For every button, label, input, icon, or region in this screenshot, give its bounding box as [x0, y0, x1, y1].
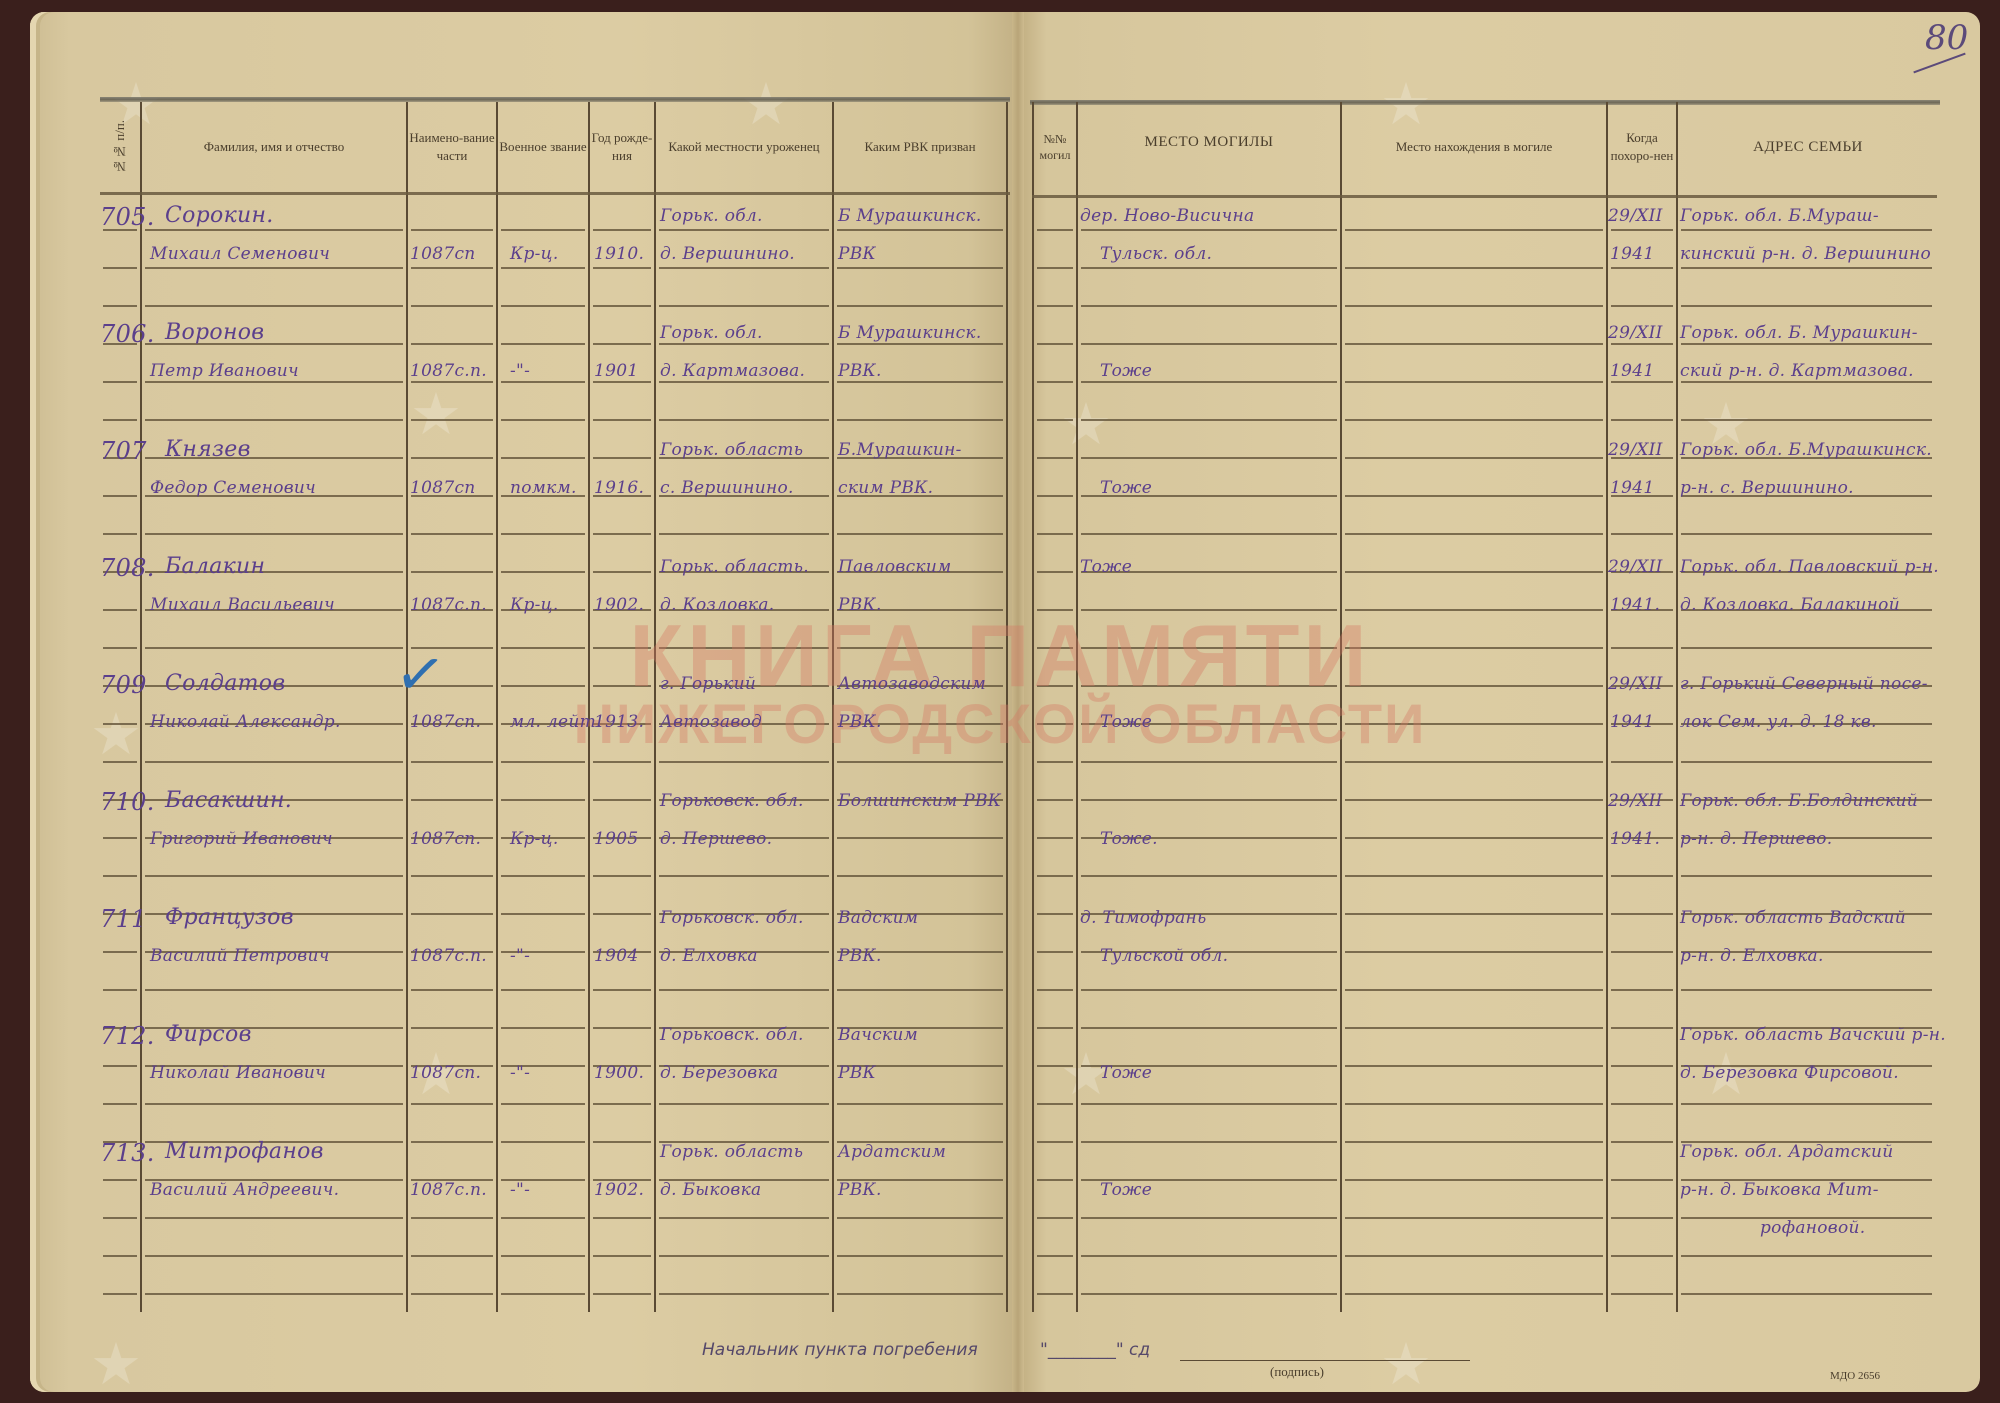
- ruled-line: [659, 1217, 829, 1219]
- record-locality-2: д. Елховка: [660, 946, 758, 966]
- ruled-line: [145, 761, 403, 763]
- record-surname: Басакшин.: [165, 788, 292, 813]
- ruled-line: [411, 533, 493, 535]
- ruled-line: [1611, 647, 1673, 649]
- ruled-line: [145, 533, 403, 535]
- ruled-line: [837, 989, 1003, 991]
- ruled-line: [1345, 1065, 1603, 1067]
- ruled-line: [1681, 229, 1932, 231]
- ruled-line: [837, 1217, 1003, 1219]
- ruled-line: [1081, 875, 1337, 877]
- ruled-line: [1611, 951, 1673, 953]
- ruled-line: [1345, 229, 1603, 231]
- record-grave-place-2: Тоже: [1100, 1063, 1152, 1083]
- record-rvk-2: РВК.: [838, 595, 882, 615]
- footer-signature-label: (подпись): [1270, 1364, 1324, 1380]
- record-rvk-2: РВК.: [838, 946, 882, 966]
- ruled-line: [593, 1103, 651, 1105]
- ruled-line: [1037, 381, 1073, 383]
- ruled-line: [1345, 1179, 1603, 1181]
- ruled-line: [411, 1141, 493, 1143]
- record-birth-year: 1905: [594, 829, 638, 849]
- ruled-line: [411, 457, 493, 459]
- header-position: Место нахождения в могиле: [1342, 104, 1606, 190]
- star-icon: ★: [90, 1330, 142, 1398]
- ruled-line: [103, 723, 137, 725]
- record-locality-1: Горьк. обл.: [660, 206, 763, 226]
- record-grave-place-2: Тоже: [1100, 361, 1152, 381]
- ruled-line: [593, 875, 651, 877]
- record-surname: Воронов: [165, 320, 264, 345]
- record-birth-year: 1902.: [594, 1180, 644, 1200]
- record-birth-year: 1910.: [594, 244, 644, 264]
- ruled-line: [411, 305, 493, 307]
- ruled-line: [1037, 989, 1073, 991]
- record-locality-2: Автозавод: [660, 712, 762, 732]
- ruled-line: [1037, 1065, 1073, 1067]
- ruled-line: [659, 761, 829, 763]
- ruled-line: [1345, 571, 1603, 573]
- ruled-line: [103, 381, 137, 383]
- record-grave-place-2: Тоже: [1100, 478, 1152, 498]
- record-rvk-1: Автозаводским: [838, 674, 986, 694]
- record-family-2: р-н. д. Быковка Мит-: [1680, 1180, 1879, 1200]
- ruled-line: [659, 533, 829, 535]
- ruled-line: [837, 533, 1003, 535]
- ruled-line: [837, 875, 1003, 877]
- record-num: 709: [100, 671, 147, 699]
- ruled-line: [103, 305, 137, 307]
- star-icon: ★: [1060, 390, 1112, 458]
- ruled-line: [103, 1217, 137, 1219]
- ruled-line: [1611, 1217, 1673, 1219]
- ruled-line: [103, 875, 137, 877]
- record-num: 705.: [100, 203, 155, 231]
- record-rank: Кр-ц.: [510, 244, 559, 264]
- ruled-line: [1611, 1293, 1673, 1295]
- ruled-line: [1681, 267, 1932, 269]
- ruled-line: [837, 761, 1003, 763]
- ruled-line: [411, 1293, 493, 1295]
- ruled-line: [1345, 799, 1603, 801]
- record-unit: 1087сп: [410, 244, 476, 264]
- ruled-line: [501, 1217, 585, 1219]
- record-num: 711: [100, 905, 147, 933]
- ruled-line: [593, 1255, 651, 1257]
- ruled-line: [1345, 1027, 1603, 1029]
- ruled-line: [1345, 609, 1603, 611]
- ruled-line: [103, 1103, 137, 1105]
- star-icon: ★: [1380, 1330, 1432, 1398]
- ruled-line: [1037, 533, 1073, 535]
- record-buried-year: 1941: [1610, 478, 1654, 498]
- ruled-line: [501, 571, 585, 573]
- record-family-1: Горьк. обл. Ардатский: [1680, 1142, 1894, 1162]
- col-divider: [140, 102, 142, 1312]
- ruled-line: [659, 267, 829, 269]
- record-locality-1: Горьк. область.: [660, 557, 809, 577]
- ruled-line: [1037, 1179, 1073, 1181]
- footer-signer-label: Начальник пункта погребения: [702, 1340, 978, 1360]
- ruled-line: [593, 913, 651, 915]
- footer-date-mark: "________" сд: [1040, 1340, 1150, 1360]
- ruled-line: [1345, 1293, 1603, 1295]
- ruled-line: [593, 343, 651, 345]
- record-buried-date: 29/XII: [1608, 440, 1663, 460]
- record-unit: 1087с.п.: [410, 1180, 487, 1200]
- record-unit: 1087сп.: [410, 712, 481, 732]
- record-birth-year: 1904: [594, 946, 638, 966]
- ruled-line: [103, 533, 137, 535]
- record-grave-place-1: Тоже: [1080, 557, 1132, 577]
- ruled-line: [837, 419, 1003, 421]
- record-birth-year: 1913.: [594, 712, 644, 732]
- ruled-line: [501, 1293, 585, 1295]
- record-surname: Митрофанов: [165, 1139, 324, 1164]
- ruled-line: [411, 343, 493, 345]
- record-given-names: Михаил Васильевич: [150, 595, 335, 615]
- record-rank: -"-: [510, 1180, 530, 1200]
- record-birth-year: 1901: [594, 361, 638, 381]
- ruled-line: [1681, 1103, 1932, 1105]
- ruled-line: [1037, 1141, 1073, 1143]
- ruled-line: [659, 381, 829, 383]
- record-grave-place-2: Тоже: [1100, 712, 1152, 732]
- ruled-line: [837, 229, 1003, 231]
- ruled-line: [501, 419, 585, 421]
- ruled-line: [411, 419, 493, 421]
- ruled-line: [1345, 533, 1603, 535]
- record-num: 707: [100, 437, 147, 465]
- record-birth-year: 1902.: [594, 595, 644, 615]
- record-rank: Кр-ц.: [510, 829, 559, 849]
- ruled-line: [145, 1293, 403, 1295]
- ruled-line: [411, 381, 493, 383]
- record-family-2: кинский р-н. д. Вершинино: [1680, 244, 1931, 264]
- ruled-line: [411, 267, 493, 269]
- record-rvk-1: Болшинским РВК: [838, 791, 1001, 811]
- record-grave-place-2: Тульской обл.: [1100, 946, 1228, 966]
- ruled-line: [1081, 799, 1337, 801]
- record-grave-place-2: Тульск. обл.: [1100, 244, 1212, 264]
- ruled-line: [411, 229, 493, 231]
- ruled-line: [1611, 1065, 1673, 1067]
- header-top-rule-left: [100, 97, 1010, 102]
- header-bottom-rule: [1032, 195, 1937, 198]
- record-locality-1: Горьк. обл.: [660, 323, 763, 343]
- ruled-line: [659, 1255, 829, 1257]
- record-locality-1: Горьковск. обл.: [660, 1025, 804, 1045]
- ruled-line: [1611, 1141, 1673, 1143]
- ruled-line: [1037, 571, 1073, 573]
- col-divider: [1676, 102, 1678, 1312]
- ruled-line: [501, 1027, 585, 1029]
- ruled-line: [1037, 913, 1073, 915]
- record-rvk-2: РВК: [838, 244, 876, 264]
- ruled-line: [1345, 951, 1603, 953]
- ruled-line: [103, 1255, 137, 1257]
- record-locality-2: д. Картмазова.: [660, 361, 805, 381]
- record-locality-1: Горьк. область: [660, 1142, 803, 1162]
- ruled-line: [659, 1103, 829, 1105]
- record-rank: -"-: [510, 361, 530, 381]
- ruled-line: [1611, 761, 1673, 763]
- header-grave-num: №№ могил: [1034, 104, 1076, 190]
- record-rvk-2: РВК.: [838, 361, 882, 381]
- record-unit: 1087сп.: [410, 829, 481, 849]
- record-locality-1: Горьковск. обл.: [660, 791, 804, 811]
- ruled-line: [593, 761, 651, 763]
- ruled-line: [411, 1255, 493, 1257]
- ruled-line: [501, 989, 585, 991]
- ruled-line: [1611, 875, 1673, 877]
- ruled-line: [1681, 875, 1932, 877]
- ruled-line: [501, 1141, 585, 1143]
- check-mark-icon: ✓: [390, 637, 450, 713]
- ruled-line: [593, 1293, 651, 1295]
- ruled-line: [1037, 267, 1073, 269]
- ruled-line: [145, 1255, 403, 1257]
- header-rvk: Каким РВК призван: [834, 104, 1006, 190]
- ruled-line: [1611, 1179, 1673, 1181]
- header-grave-place: МЕСТО МОГИЛЫ: [1078, 104, 1340, 180]
- ruled-line: [103, 951, 137, 953]
- ruled-line: [1681, 381, 1932, 383]
- ruled-line: [659, 875, 829, 877]
- record-rvk-2: РВК: [838, 1063, 876, 1083]
- record-family-1: г. Горький Северный посе-: [1680, 674, 1928, 694]
- record-given-names: Григорий Иванович: [150, 829, 333, 849]
- ruled-line: [659, 343, 829, 345]
- record-grave-place-2: Тоже: [1100, 1180, 1152, 1200]
- ruled-line: [1345, 989, 1603, 991]
- ruled-line: [1081, 533, 1337, 535]
- ruled-line: [837, 1255, 1003, 1257]
- ruled-line: [411, 761, 493, 763]
- record-buried-date: 29/XII: [1608, 791, 1663, 811]
- star-icon: ★: [410, 380, 462, 448]
- ruled-line: [1081, 1103, 1337, 1105]
- ruled-line: [1081, 1027, 1337, 1029]
- ruled-line: [411, 1217, 493, 1219]
- record-given-names: Федор Семенович: [150, 478, 316, 498]
- ruled-line: [501, 913, 585, 915]
- ruled-line: [1611, 381, 1673, 383]
- ruled-line: [501, 381, 585, 383]
- ruled-line: [837, 1103, 1003, 1105]
- ruled-line: [593, 799, 651, 801]
- ruled-line: [145, 381, 403, 383]
- ruled-line: [411, 913, 493, 915]
- ruled-line: [593, 267, 651, 269]
- record-rvk-2: РВК.: [838, 712, 882, 732]
- ruled-line: [659, 1293, 829, 1295]
- record-buried-date: 29/XII: [1608, 557, 1663, 577]
- ruled-line: [145, 1217, 403, 1219]
- header-family: АДРЕС СЕМЬИ: [1678, 104, 1938, 190]
- record-family-2: д. Козловка. Балакиной: [1680, 595, 1900, 615]
- ruled-line: [1611, 229, 1673, 231]
- ruled-line: [1081, 267, 1337, 269]
- record-given-names: Петр Иванович: [150, 361, 299, 381]
- header-bottom-rule: [100, 192, 1010, 195]
- ruled-line: [1611, 305, 1673, 307]
- ruled-line: [1037, 875, 1073, 877]
- ruled-line: [103, 609, 137, 611]
- record-locality-1: г. Горький: [660, 674, 756, 694]
- record-rvk-1: Б.Мурашкин-: [838, 440, 962, 460]
- ruled-line: [593, 305, 651, 307]
- ruled-line: [837, 267, 1003, 269]
- header-year: Год рожде-ния: [590, 104, 654, 190]
- ruled-line: [1037, 1293, 1073, 1295]
- ruled-line: [1081, 457, 1337, 459]
- ruled-line: [837, 381, 1003, 383]
- ruled-line: [103, 1179, 137, 1181]
- header-name: Фамилия, имя и отчество: [142, 104, 406, 190]
- ruled-line: [103, 419, 137, 421]
- ruled-line: [1037, 419, 1073, 421]
- record-buried-date: 29/XII: [1608, 323, 1663, 343]
- ruled-line: [501, 305, 585, 307]
- record-buried-year: 1941: [1610, 361, 1654, 381]
- ruled-line: [593, 989, 651, 991]
- ruled-line: [1345, 495, 1603, 497]
- record-family-3: рофановой.: [1760, 1218, 1865, 1238]
- ruled-line: [593, 1027, 651, 1029]
- ruled-line: [411, 571, 493, 573]
- ruled-line: [411, 989, 493, 991]
- ruled-line: [837, 343, 1003, 345]
- col-divider: [496, 102, 498, 1312]
- ruled-line: [1081, 1141, 1337, 1143]
- ruled-line: [103, 267, 137, 269]
- ruled-line: [411, 799, 493, 801]
- record-family-1: Горьк. обл. Б.Мураш-: [1680, 206, 1879, 226]
- record-surname: Сорокин.: [165, 203, 274, 228]
- record-grave-place-1: дер. Ново-Висична: [1080, 206, 1254, 226]
- record-given-names: Николай Александр.: [150, 712, 341, 732]
- record-grave-place-2: Тоже.: [1100, 829, 1158, 849]
- record-given-names: Василий Петрович: [150, 946, 330, 966]
- ruled-line: [1037, 1027, 1073, 1029]
- record-rvk-1: Б Мурашкинск.: [838, 323, 982, 343]
- ruled-line: [1611, 913, 1673, 915]
- ruled-line: [1681, 1293, 1932, 1295]
- record-grave-place-1: д. Тимофрань: [1080, 908, 1207, 928]
- record-given-names: Михаил Семенович: [150, 244, 330, 264]
- record-buried-date: 29/XII: [1608, 206, 1663, 226]
- ruled-line: [501, 457, 585, 459]
- record-family-1: Горьк. область Вачский р-н.: [1680, 1025, 1946, 1045]
- record-num: 708.: [100, 554, 155, 582]
- record-rvk-1: Вадским: [838, 908, 918, 928]
- ruled-line: [1081, 761, 1337, 763]
- record-surname: Солдатов: [165, 671, 285, 696]
- ruled-line: [659, 419, 829, 421]
- record-buried-year: 1941: [1610, 712, 1654, 732]
- ruled-line: [1345, 1141, 1603, 1143]
- record-rank: -"-: [510, 946, 530, 966]
- ruled-line: [1081, 989, 1337, 991]
- ruled-line: [501, 343, 585, 345]
- ruled-line: [1345, 913, 1603, 915]
- ruled-line: [1081, 1293, 1337, 1295]
- record-rank: помкм.: [510, 478, 577, 498]
- ruled-line: [1681, 343, 1932, 345]
- ruled-line: [1345, 381, 1603, 383]
- record-family-1: Горьк. обл. Павловский р-н.: [1680, 557, 1939, 577]
- ruled-line: [1611, 533, 1673, 535]
- ruled-line: [1681, 647, 1932, 649]
- ruled-line: [1611, 1027, 1673, 1029]
- ruled-line: [145, 305, 403, 307]
- ruled-line: [1681, 761, 1932, 763]
- ruled-line: [1037, 1255, 1073, 1257]
- record-family-2: ский р-н. д. Картмазова.: [1680, 361, 1914, 381]
- record-num: 712.: [100, 1022, 155, 1050]
- signature-line: [1180, 1360, 1470, 1361]
- ruled-line: [659, 305, 829, 307]
- record-rvk-1: Ардатским: [838, 1142, 946, 1162]
- ruled-line: [1345, 457, 1603, 459]
- record-family-2: р-н. д. Елховка.: [1680, 946, 1824, 966]
- record-rank: мл. лейт.: [510, 712, 602, 732]
- ruled-line: [501, 799, 585, 801]
- ruled-line: [593, 1141, 651, 1143]
- ruled-line: [593, 1217, 651, 1219]
- record-rvk-2: РВК.: [838, 1180, 882, 1200]
- ruled-line: [1345, 419, 1603, 421]
- ruled-line: [1681, 1255, 1932, 1257]
- header-buried: Когда похоро-нен: [1608, 104, 1676, 190]
- record-given-names: Николай Иванович: [150, 1063, 326, 1083]
- ruled-line: [145, 989, 403, 991]
- record-rvk-2: ским РВК.: [838, 478, 933, 498]
- record-surname: Фирсов: [165, 1022, 252, 1047]
- ruled-line: [501, 533, 585, 535]
- ruled-line: [1611, 1255, 1673, 1257]
- ruled-line: [1345, 343, 1603, 345]
- record-buried-year: 1941.: [1610, 595, 1660, 615]
- ruled-line: [103, 495, 137, 497]
- ruled-line: [145, 1103, 403, 1105]
- ruled-line: [103, 1293, 137, 1295]
- ruled-line: [837, 305, 1003, 307]
- ruled-line: [103, 647, 137, 649]
- ruled-line: [1681, 419, 1932, 421]
- header-rank: Военное звание: [498, 104, 588, 190]
- record-given-names: Василий Андреевич.: [150, 1180, 339, 1200]
- ruled-line: [1081, 229, 1337, 231]
- ruled-line: [1037, 1103, 1073, 1105]
- ruled-line: [659, 229, 829, 231]
- ruled-line: [1345, 1217, 1603, 1219]
- ruled-line: [1681, 989, 1932, 991]
- ruled-line: [501, 229, 585, 231]
- record-buried-year: 1941.: [1610, 829, 1660, 849]
- ruled-line: [501, 875, 585, 877]
- ruled-line: [411, 1103, 493, 1105]
- ruled-line: [411, 875, 493, 877]
- record-num: 713.: [100, 1139, 155, 1167]
- record-locality-2: д. Березовка: [660, 1063, 778, 1083]
- ruled-line: [1681, 533, 1932, 535]
- record-family-1: Горьк. обл. Б.Мурашкинск.: [1680, 440, 1932, 460]
- ruled-line: [1037, 495, 1073, 497]
- ruled-line: [1345, 875, 1603, 877]
- ruled-line: [593, 381, 651, 383]
